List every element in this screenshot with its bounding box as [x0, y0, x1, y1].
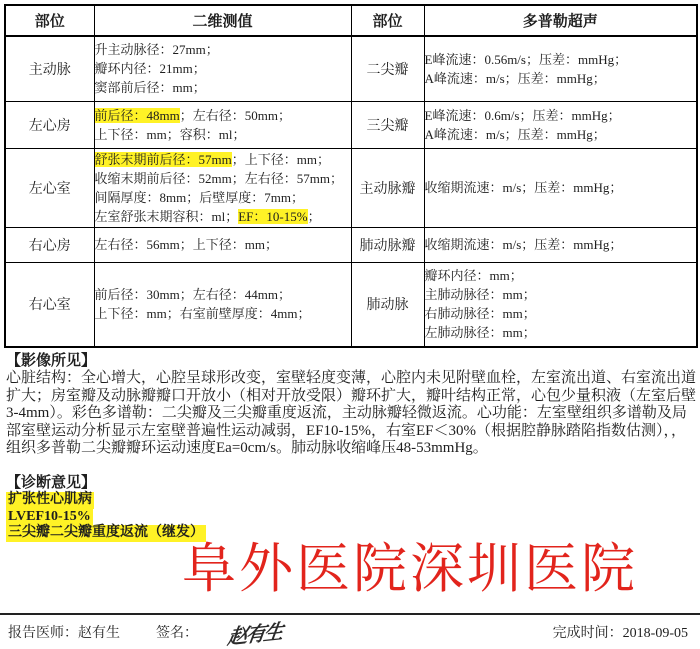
header-doppler: 多普勒超声	[424, 5, 697, 36]
table-row-right-ventricle-pulmonary-artery: 右心室 前后径：30mm；左右径：44mm； 上下径：mm；右室前壁厚度：4mm…	[5, 262, 697, 347]
site-doppler-cell: 主动脉瓣	[351, 148, 424, 227]
site-doppler-cell: 肺动脉	[351, 262, 424, 347]
header-site-doppler: 部位	[351, 5, 424, 36]
table-row-aorta-mitral: 主动脉 升主动脉径：27mm； 瓣环内径：21mm； 窦部前后径：mm； 二尖瓣…	[5, 36, 697, 101]
measurement-line: 上下径：mm；右室前壁厚度：4mm；	[95, 304, 351, 323]
signature-label: 签名：	[156, 622, 198, 642]
measurements-2d-cell: 前后径：48mm；左右径：50mm； 上下径：mm；容积：ml；	[94, 101, 351, 148]
site-cell: 右心室	[5, 262, 94, 347]
site-cell: 右心房	[5, 227, 94, 262]
measurement-line: 瓣环内径：21mm；	[95, 59, 351, 78]
doppler-line: 收缩期流速：m/s；压差：mmHg；	[425, 235, 697, 254]
diagnosis-item: LVEF10-15%	[6, 509, 93, 526]
findings-heading: 【影像所见】	[6, 352, 96, 370]
measurement-line: 左室舒张末期容积：ml；EF：10-15%；	[95, 207, 351, 226]
site-cell: 左心室	[5, 148, 94, 227]
doctor-name: 赵有生	[78, 622, 120, 642]
diagnosis-item: 三尖瓣二尖瓣重度返流（继发）	[6, 525, 206, 542]
measurements-2d-cell: 前后径：30mm；左右径：44mm； 上下径：mm；右室前壁厚度：4mm；	[94, 262, 351, 347]
site-doppler-cell: 肺动脉瓣	[351, 227, 424, 262]
measurement-line: 左右径：56mm；上下径：mm；	[95, 235, 351, 254]
highlighted-value: EF：10-15%	[238, 209, 307, 224]
highlighted-value: 前后径：48mm	[95, 108, 180, 123]
measurement-line: 收缩末期前后径：52mm；左右径：57mm；	[95, 169, 351, 188]
findings-text: 心脏结构：全心增大，心腔呈球形改变，室壁轻度变薄，心腔内未见附壁血栓，左室流出道…	[6, 370, 696, 458]
completion-time: 完成时间：2018-09-05	[553, 622, 692, 642]
doppler-cell: E峰流速：0.56m/s；压差：mmHg； A峰流速：m/s；压差：mmHg；	[424, 36, 697, 101]
diagnosis-item: 扩张性心肌病	[6, 492, 94, 509]
hospital-title-stamp: 阜外医院深圳医院	[182, 539, 638, 599]
completion-label: 完成时间：	[553, 626, 623, 641]
table-row-right-atrium-pulmonary-valve: 右心房 左右径：56mm；上下径：mm； 肺动脉瓣 收缩期流速：m/s；压差：m…	[5, 227, 697, 262]
doppler-line: A峰流速：m/s；压差：mmHg；	[425, 125, 697, 144]
measurement-line: 窦部前后径：mm；	[95, 78, 351, 97]
diagnosis-list: 扩张性心肌病 LVEF10-15% 三尖瓣二尖瓣重度返流（继发）	[6, 492, 206, 542]
doppler-line: 收缩期流速：m/s；压差：mmHg；	[425, 178, 697, 197]
measurements-2d-cell: 舒张末期前后径：57mm；上下径：mm； 收缩末期前后径：52mm；左右径：57…	[94, 148, 351, 227]
site-cell: 左心房	[5, 101, 94, 148]
highlighted-value: 舒张末期前后径：57mm	[95, 152, 232, 167]
completion-date: 2018-09-05	[623, 626, 688, 641]
measurement-line: 前后径：48mm；左右径：50mm；	[95, 106, 351, 125]
measurement-line: 间隔厚度：8mm；后壁厚度：7mm；	[95, 188, 351, 207]
doppler-line: 瓣环内径：mm；	[425, 266, 697, 285]
doppler-line: A峰流速：m/s；压差：mmHg；	[425, 69, 697, 88]
measurement-line: 升主动脉径：27mm；	[95, 40, 351, 59]
header-2d-values: 二维测值	[94, 5, 351, 36]
doppler-line: 主肺动脉径：mm；	[425, 285, 697, 304]
doppler-cell: 收缩期流速：m/s；压差：mmHg；	[424, 227, 697, 262]
doctor-label: 报告医师：	[8, 622, 78, 642]
measurement-text: ；上下径：mm；	[232, 152, 330, 167]
diagnosis-heading: 【诊断意见】	[6, 474, 96, 492]
report-footer: 报告医师：赵有生 签名： 赵有生 完成时间：2018-09-05	[0, 613, 700, 649]
header-site-2d: 部位	[5, 5, 94, 36]
echo-report-page: 部位 二维测值 部位 多普勒超声 主动脉 升主动脉径：27mm； 瓣环内径：21…	[0, 0, 700, 649]
table-header-row: 部位 二维测值 部位 多普勒超声	[5, 5, 697, 36]
measurements-2d-cell: 左右径：56mm；上下径：mm；	[94, 227, 351, 262]
measurement-text: ；左右径：50mm；	[180, 108, 291, 123]
measurement-table: 部位 二维测值 部位 多普勒超声 主动脉 升主动脉径：27mm； 瓣环内径：21…	[4, 4, 698, 348]
doppler-cell: E峰流速：0.6m/s；压差：mmHg； A峰流速：m/s；压差：mmHg；	[424, 101, 697, 148]
measurement-text: 左室舒张末期容积：ml；	[95, 209, 239, 224]
table-row-left-ventricle-aortic-valve: 左心室 舒张末期前后径：57mm；上下径：mm； 收缩末期前后径：52mm；左右…	[5, 148, 697, 227]
doppler-line: E峰流速：0.6m/s；压差：mmHg；	[425, 106, 697, 125]
site-doppler-cell: 二尖瓣	[351, 36, 424, 101]
measurement-text: ；	[308, 209, 321, 224]
doppler-cell: 瓣环内径：mm； 主肺动脉径：mm； 右肺动脉径：mm； 左肺动脉径：mm；	[424, 262, 697, 347]
doppler-line: 左肺动脉径：mm；	[425, 323, 697, 342]
measurements-2d-cell: 升主动脉径：27mm； 瓣环内径：21mm； 窦部前后径：mm；	[94, 36, 351, 101]
doppler-line: 右肺动脉径：mm；	[425, 304, 697, 323]
doppler-cell: 收缩期流速：m/s；压差：mmHg；	[424, 148, 697, 227]
measurement-line: 上下径：mm；容积：ml；	[95, 125, 351, 144]
measurement-line: 舒张末期前后径：57mm；上下径：mm；	[95, 150, 351, 169]
site-cell: 主动脉	[5, 36, 94, 101]
table-row-left-atrium-tricuspid: 左心房 前后径：48mm；左右径：50mm； 上下径：mm；容积：ml； 三尖瓣…	[5, 101, 697, 148]
signature-handwriting: 赵有生	[226, 614, 284, 649]
site-doppler-cell: 三尖瓣	[351, 101, 424, 148]
measurement-line: 前后径：30mm；左右径：44mm；	[95, 285, 351, 304]
doppler-line: E峰流速：0.56m/s；压差：mmHg；	[425, 50, 697, 69]
